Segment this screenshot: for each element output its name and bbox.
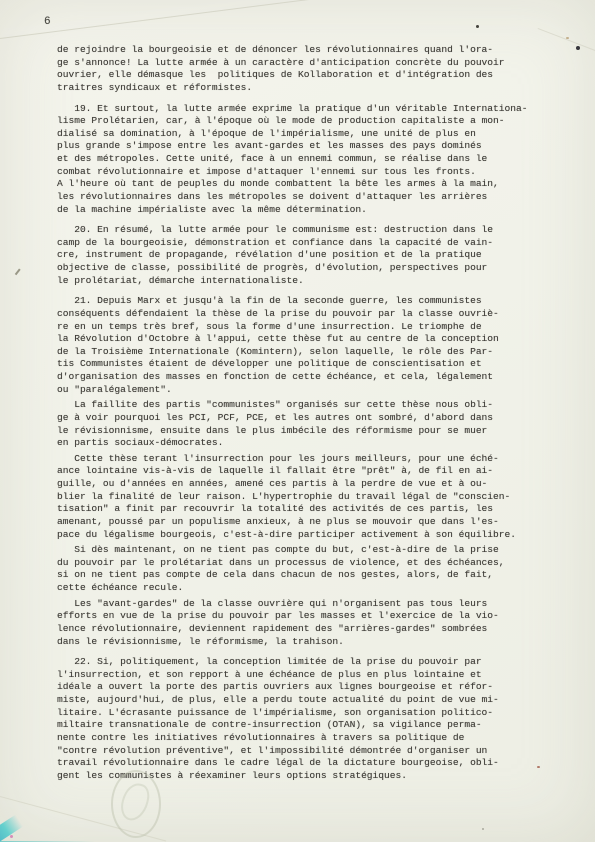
text-line: de la machine impérialiste avec la même … xyxy=(57,204,587,217)
page-number: 6 xyxy=(44,16,51,28)
text-line: Les "avant-gardes" de la classe ouvrière… xyxy=(57,598,587,611)
text-line: travail révolutionnaire dans le cadre lé… xyxy=(57,757,587,770)
text-line: re en un temps très bref, sous la forme … xyxy=(57,321,587,334)
text-line: pace du légalisme bourgeois, c'est-à-dir… xyxy=(57,529,587,542)
text-line: conséquents défendaient la thèse de la p… xyxy=(57,308,587,321)
text-line: du pouvoir par le prolétariat dans un pr… xyxy=(57,557,587,570)
text-line: Cette thèse terant l'insurrection pour l… xyxy=(57,453,587,466)
ink-speck xyxy=(482,828,484,830)
text-line: A l'heure où tant de peuples du monde co… xyxy=(57,178,587,191)
ink-speck xyxy=(476,25,479,28)
text-line: 22. Si, politiquement, la conception lim… xyxy=(57,656,587,669)
text-line: lence révolutionnaire, deviennent rapide… xyxy=(57,623,587,636)
text-line: lisme Prolétarien, car, à l'époque où le… xyxy=(57,115,587,128)
text-line: efforts en vue de la prise du pouvoir pa… xyxy=(57,610,587,623)
text-line: cette échéance recule. xyxy=(57,582,587,595)
text-line: de rejoindre la bourgeoisie et de dénonc… xyxy=(57,44,587,57)
paragraph: La faillite des partis "communistes" org… xyxy=(57,399,587,450)
text-line: dialisé sa domination, à l'époque de l'i… xyxy=(57,128,587,141)
text-line: combat révolutionnaire et impose d'attaq… xyxy=(57,166,587,179)
text-line: l'insurrection, et son repport à une éch… xyxy=(57,669,587,682)
text-line: nente contre les initiatives révolutionn… xyxy=(57,732,587,745)
text-line: idéale a ouvert la porte des partis ouvr… xyxy=(57,681,587,694)
paragraph: 19. Et surtout, la lutte armée exprime l… xyxy=(57,103,587,217)
ink-speck xyxy=(566,37,569,39)
text-line: la Révolution d'Octobre à l'appui, cette… xyxy=(57,333,587,346)
text-line: Si dès maintenant, on ne tient pas compt… xyxy=(57,544,587,557)
ink-speck xyxy=(537,766,540,768)
text-line: "contre révolution préventive", et l'imp… xyxy=(57,745,587,758)
text-line: objective de classe, possibilité de prog… xyxy=(57,262,587,275)
pen-mark xyxy=(15,269,20,275)
text-line: en partis sociaux-démocrates. xyxy=(57,437,587,450)
text-line: miste, aujourd'hui, de plus, elle a perd… xyxy=(57,694,587,707)
paper-watermark xyxy=(111,770,161,838)
text-line: d'organisation des masses en fonction de… xyxy=(57,371,587,384)
text-line: si on ne tient pas compte de cela dans c… xyxy=(57,569,587,582)
paragraph: 20. En résumé, la lutte armée pour le co… xyxy=(57,224,587,287)
text-line: guille, ou d'années en années, amené ces… xyxy=(57,478,587,491)
text-line: de la Troisième Internationale (Kominter… xyxy=(57,346,587,359)
text-line: et des métropoles. Cette unité, face à u… xyxy=(57,153,587,166)
text-line: ge à voir pourquoi les PCI, PCF, PCE, et… xyxy=(57,412,587,425)
text-line: blier la finalité de leur raison. L'hype… xyxy=(57,491,587,504)
text-line: cre, instrument de propagande, révélatio… xyxy=(57,249,587,262)
text-line: 21. Depuis Marx et jusqu'à la fin de la … xyxy=(57,295,587,308)
paragraph: 21. Depuis Marx et jusqu'à la fin de la … xyxy=(57,295,587,396)
text-line: tis Communistes étaient de développer un… xyxy=(57,358,587,371)
text-line: plus grande s'impose entre les avant-gar… xyxy=(57,140,587,153)
text-line: le prolétariat, démarche internationalis… xyxy=(57,275,587,288)
text-line: La faillite des partis "communistes" org… xyxy=(57,399,587,412)
paragraph: Si dès maintenant, on ne tient pas compt… xyxy=(57,544,587,595)
text-line: le révisionnisme, ensuite dans le plus i… xyxy=(57,425,587,438)
paragraph: Les "avant-gardes" de la classe ouvrière… xyxy=(57,598,587,649)
text-line: ouvrier, elle démasque les politiques de… xyxy=(57,69,587,82)
text-line: 20. En résumé, la lutte armée pour le co… xyxy=(57,224,587,237)
document-text: de rejoindre la bourgeoisie et de dénonc… xyxy=(57,44,587,782)
text-line: miltaire transnationale de contre-insurr… xyxy=(57,719,587,732)
paragraph: 22. Si, politiquement, la conception lim… xyxy=(57,656,587,782)
text-line: amenant, poussé par un populisme anxieux… xyxy=(57,516,587,529)
paragraph: Cette thèse terant l'insurrection pour l… xyxy=(57,453,587,541)
text-line: tisation" a finit par recouvrir la total… xyxy=(57,503,587,516)
text-line: camp de la bourgeoisie, démonstration et… xyxy=(57,237,587,250)
paragraph: de rejoindre la bourgeoisie et de dénonc… xyxy=(57,44,587,95)
text-line: 19. Et surtout, la lutte armée exprime l… xyxy=(57,103,587,116)
scanner-corner-dot xyxy=(10,835,13,838)
text-line: ance lointaine vis-à-vis de laquelle il … xyxy=(57,465,587,478)
text-line: traitres syndicaux et réformistes. xyxy=(57,82,587,95)
text-line: litaire. L'écrasante puissance de l'impé… xyxy=(57,707,587,720)
text-line: dans le révisionnisme, le réformisme, la… xyxy=(57,636,587,649)
text-line: ge s'annonce! La lutte armée à un caract… xyxy=(57,57,587,70)
text-line: les révolutionnaires dans les métropoles… xyxy=(57,191,587,204)
scanned-document-page: 6 de rejoindre la bourgeoisie et de déno… xyxy=(0,0,595,842)
ink-speck xyxy=(576,46,580,50)
text-line: ou "paralégalement". xyxy=(57,384,587,397)
